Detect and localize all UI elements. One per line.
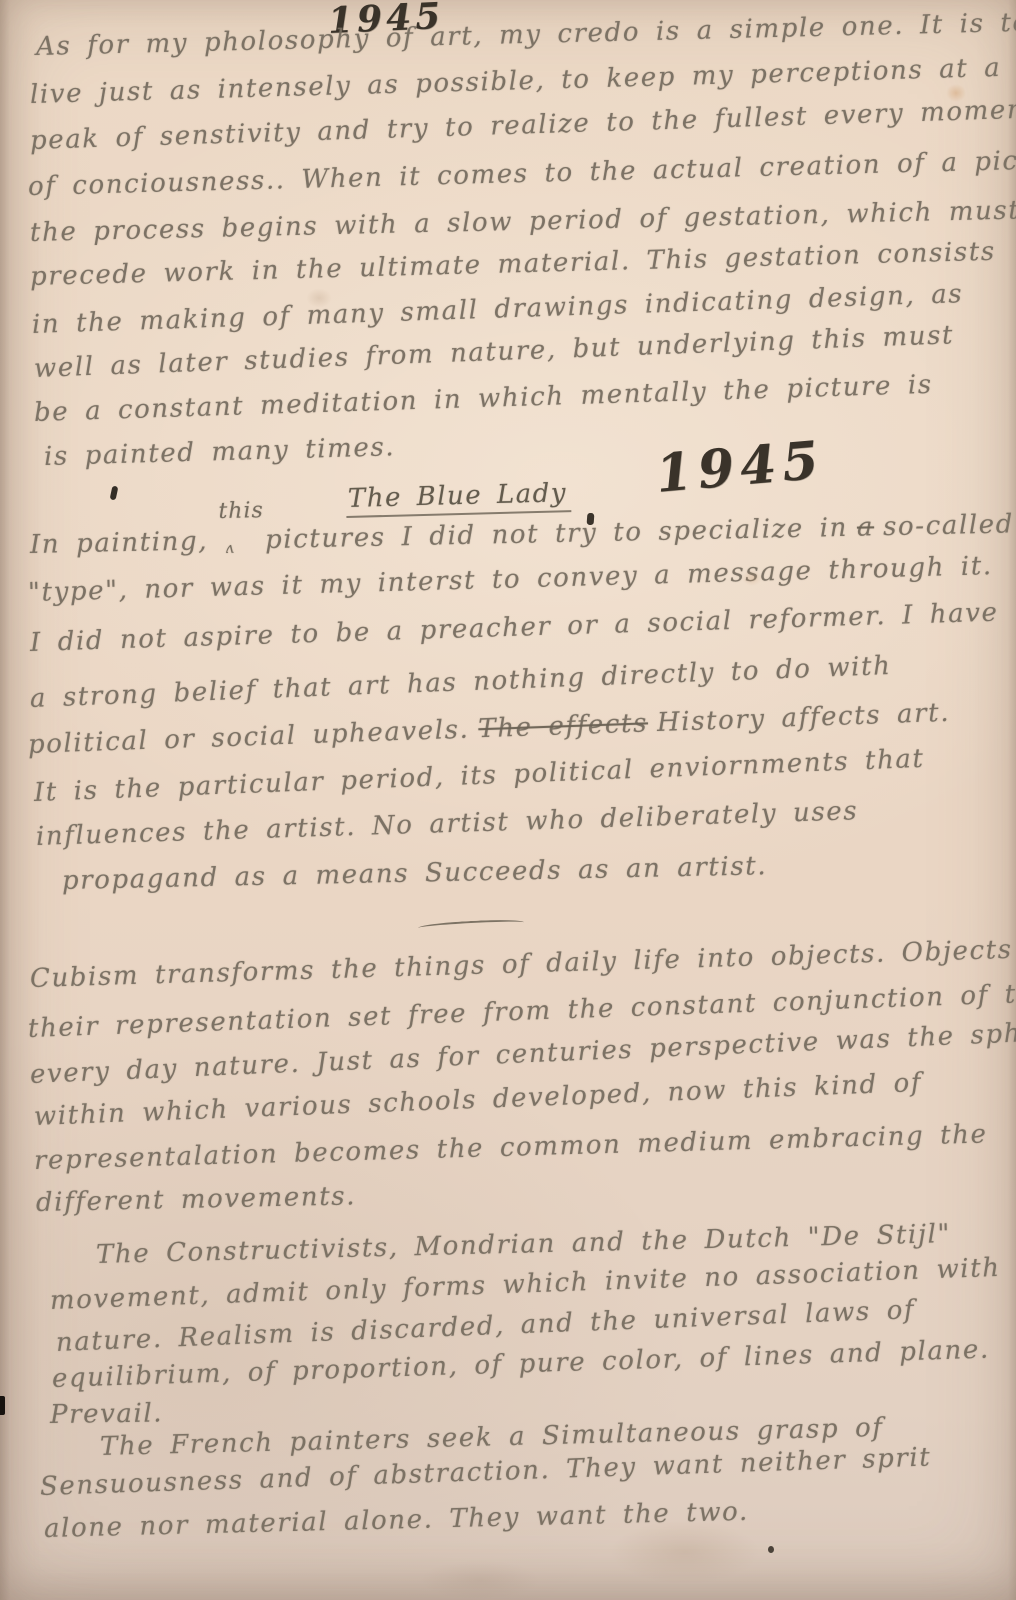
line-segment: History affects art. <box>656 698 950 738</box>
inserted-word: this <box>218 498 264 524</box>
section-divider <box>418 918 524 929</box>
handwritten-line: is painted many times. <box>44 432 396 472</box>
ink-mark <box>110 486 119 501</box>
handwritten-line: different movements. <box>36 1181 357 1218</box>
line-segment: so-called <box>883 509 1015 542</box>
handwritten-line: I did not aspire to be a preacher or a s… <box>30 598 999 658</box>
line-segment: In painting, <box>30 526 209 560</box>
paper-left-edge <box>0 0 10 1600</box>
ink-mark <box>587 513 595 525</box>
caret-icon: ʌ <box>225 539 235 557</box>
line-segment: pictures I did not try to specialize in <box>265 513 849 555</box>
handwritten-line: influences the artist. No artist who del… <box>36 796 859 852</box>
handwritten-line: propagand as a means Succeeds as an arti… <box>62 851 768 896</box>
handwritten-line: Prevail. <box>50 1398 164 1430</box>
handwritten-line-with-insertion: In painting,thisʌpictures I did not try … <box>30 509 1015 560</box>
struck-text: The effects <box>478 708 649 744</box>
handwritten-line: alone nor material alone. They want the … <box>44 1497 749 1544</box>
edge-ink-mark <box>0 1396 5 1415</box>
handwritten-line: of conciousness.. When it comes to the a… <box>28 144 1016 202</box>
year-annotation-middle: 1945 <box>653 429 826 504</box>
ink-mark <box>768 1546 774 1553</box>
handwritten-line: representalation becomes the common medi… <box>34 1119 988 1176</box>
handwritten-line: As for my pholosophy of art, my credo is… <box>36 8 1016 62</box>
handwritten-line: "type", nor was it my interst to convey … <box>28 551 993 608</box>
section-title-blue-lady: The Blue Lady <box>346 478 572 518</box>
insertion-mark: thisʌ <box>217 544 265 549</box>
paper-stain <box>420 1560 540 1600</box>
manuscript-page: { "page": { "description": "Handwritten … <box>0 0 1016 1600</box>
line-segment: political or social upheavels. <box>27 715 469 760</box>
struck-text: a <box>857 512 875 542</box>
paper-right-edge <box>1008 0 1016 1600</box>
